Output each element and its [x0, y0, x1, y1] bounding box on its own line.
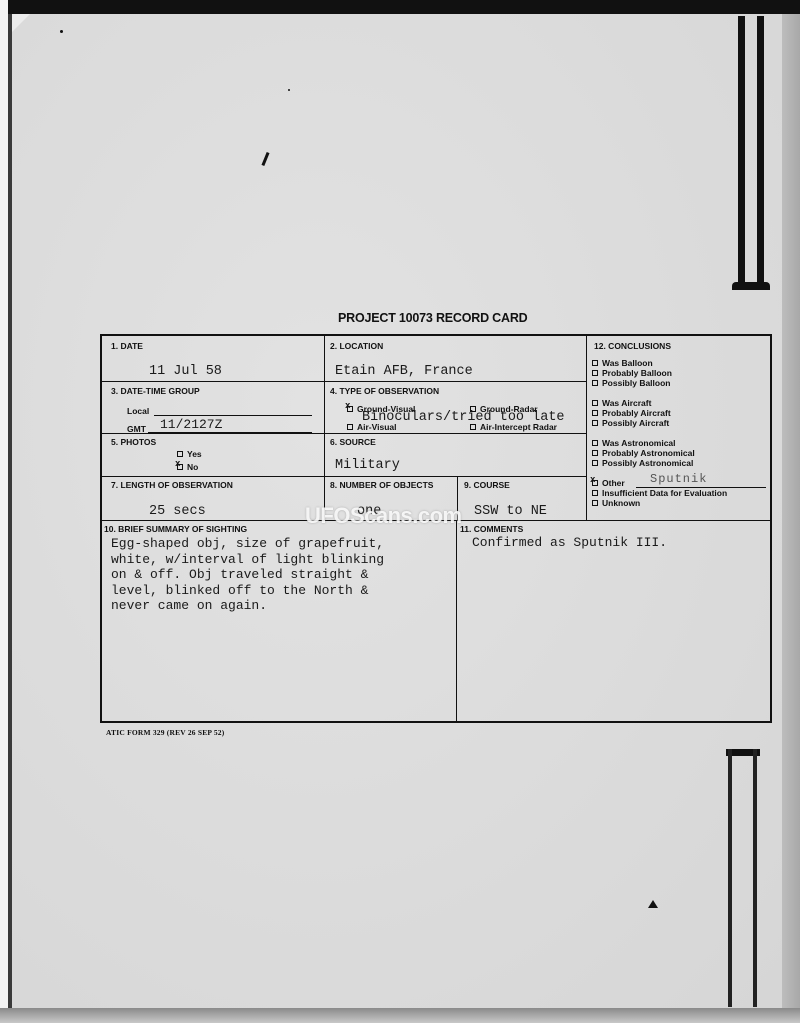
photos-no-option[interactable]: No: [177, 462, 198, 472]
folded-corner: [12, 14, 30, 32]
checkbox-icon: [177, 451, 183, 457]
dust-speck: [60, 30, 63, 33]
local-time-line: [154, 415, 312, 416]
binder-clip-top: [732, 16, 768, 292]
type-of-observation-label: 4. TYPE OF OBSERVATION: [330, 386, 439, 396]
location-label: 2. LOCATION: [330, 341, 383, 351]
conclusion-other-value: Sputnik: [650, 472, 707, 486]
conclusion-insufficient-data[interactable]: Insufficient Data for Evaluation: [592, 488, 727, 498]
ink-mark: [648, 900, 658, 908]
scan-right-shadow: [782, 14, 800, 1014]
binder-clip-bottom: [726, 749, 762, 1009]
date-value: 11 Jul 58: [149, 364, 222, 379]
checkbox-checked-icon: [592, 480, 598, 486]
checkbox-checked-icon: [177, 464, 183, 470]
comments-value: Confirmed as Sputnik III.: [472, 535, 667, 550]
scan-bottom-shadow: [0, 1008, 800, 1023]
grid-line: [324, 336, 325, 520]
grid-line: [102, 476, 586, 477]
conclusion-probably-astronomical[interactable]: Probably Astronomical: [592, 448, 695, 458]
date-label: 1. DATE: [111, 341, 143, 351]
course-value: SSW to NE: [474, 504, 547, 519]
scan-top-border: [8, 0, 800, 14]
comments-label: 11. COMMENTS: [460, 524, 523, 534]
watermark: UFOScans.com: [305, 503, 462, 529]
card-title: PROJECT 10073 RECORD CARD: [338, 311, 528, 325]
length-of-observation-value: 25 secs: [149, 504, 206, 519]
scan-left-border: [8, 14, 12, 1014]
checkbox-checked-icon: [347, 406, 353, 412]
conclusion-was-astronomical[interactable]: Was Astronomical: [592, 438, 676, 448]
checkbox-icon: [592, 500, 598, 506]
local-time-label: Local: [127, 406, 149, 416]
gmt-value: 11/2127Z: [160, 417, 222, 432]
checkbox-icon: [592, 370, 598, 376]
conclusion-other[interactable]: Other: [592, 478, 625, 488]
conclusion-possibly-aircraft[interactable]: Possibly Aircraft: [592, 418, 669, 428]
checkbox-icon: [592, 490, 598, 496]
conclusion-probably-balloon[interactable]: Probably Balloon: [592, 368, 672, 378]
checkbox-icon: [592, 440, 598, 446]
brief-summary-text: Egg-shaped obj, size of grapefruit, whit…: [111, 536, 384, 614]
checkbox-icon: [592, 420, 598, 426]
date-time-group-label: 3. DATE-TIME GROUP: [111, 386, 200, 396]
conclusion-was-aircraft[interactable]: Was Aircraft: [592, 398, 651, 408]
conclusion-was-balloon[interactable]: Was Balloon: [592, 358, 653, 368]
dust-speck: [288, 89, 290, 91]
checkbox-icon: [592, 400, 598, 406]
checkbox-icon: [592, 460, 598, 466]
photos-yes-option[interactable]: Yes: [177, 449, 202, 459]
checkbox-icon: [592, 360, 598, 366]
source-value: Military: [335, 458, 400, 473]
length-of-observation-label: 7. LENGTH OF OBSERVATION: [111, 480, 233, 490]
checkbox-icon: [592, 450, 598, 456]
checkbox-icon: [347, 424, 353, 430]
grid-line: [456, 520, 457, 723]
course-label: 9. COURSE: [464, 480, 510, 490]
grid-line: [586, 336, 587, 520]
scanned-document: PROJECT 10073 RECORD CARD 1. DATE 11 Jul…: [0, 0, 800, 1023]
checkbox-icon: [592, 410, 598, 416]
conclusion-probably-aircraft[interactable]: Probably Aircraft: [592, 408, 671, 418]
conclusion-possibly-balloon[interactable]: Possibly Balloon: [592, 378, 671, 388]
gmt-label: GMT: [127, 424, 146, 434]
conclusion-possibly-astronomical[interactable]: Possibly Astronomical: [592, 458, 693, 468]
brief-summary-label: 10. BRIEF SUMMARY OF SIGHTING: [104, 524, 247, 534]
grid-line: [102, 381, 586, 382]
conclusion-unknown[interactable]: Unknown: [592, 498, 640, 508]
checkbox-icon: [592, 380, 598, 386]
gmt-line: [148, 432, 312, 433]
form-number: ATIC FORM 329 (REV 26 SEP 52): [106, 728, 224, 737]
number-of-objects-label: 8. NUMBER OF OBJECTS: [330, 480, 433, 490]
grid-line: [102, 433, 586, 434]
observation-note: Binoculars/tried too late: [362, 410, 565, 425]
location-value: Etain AFB, France: [335, 364, 473, 379]
photos-label: 5. PHOTOS: [111, 437, 156, 447]
source-label: 6. SOURCE: [330, 437, 376, 447]
conclusions-label: 12. CONCLUSIONS: [594, 341, 671, 351]
